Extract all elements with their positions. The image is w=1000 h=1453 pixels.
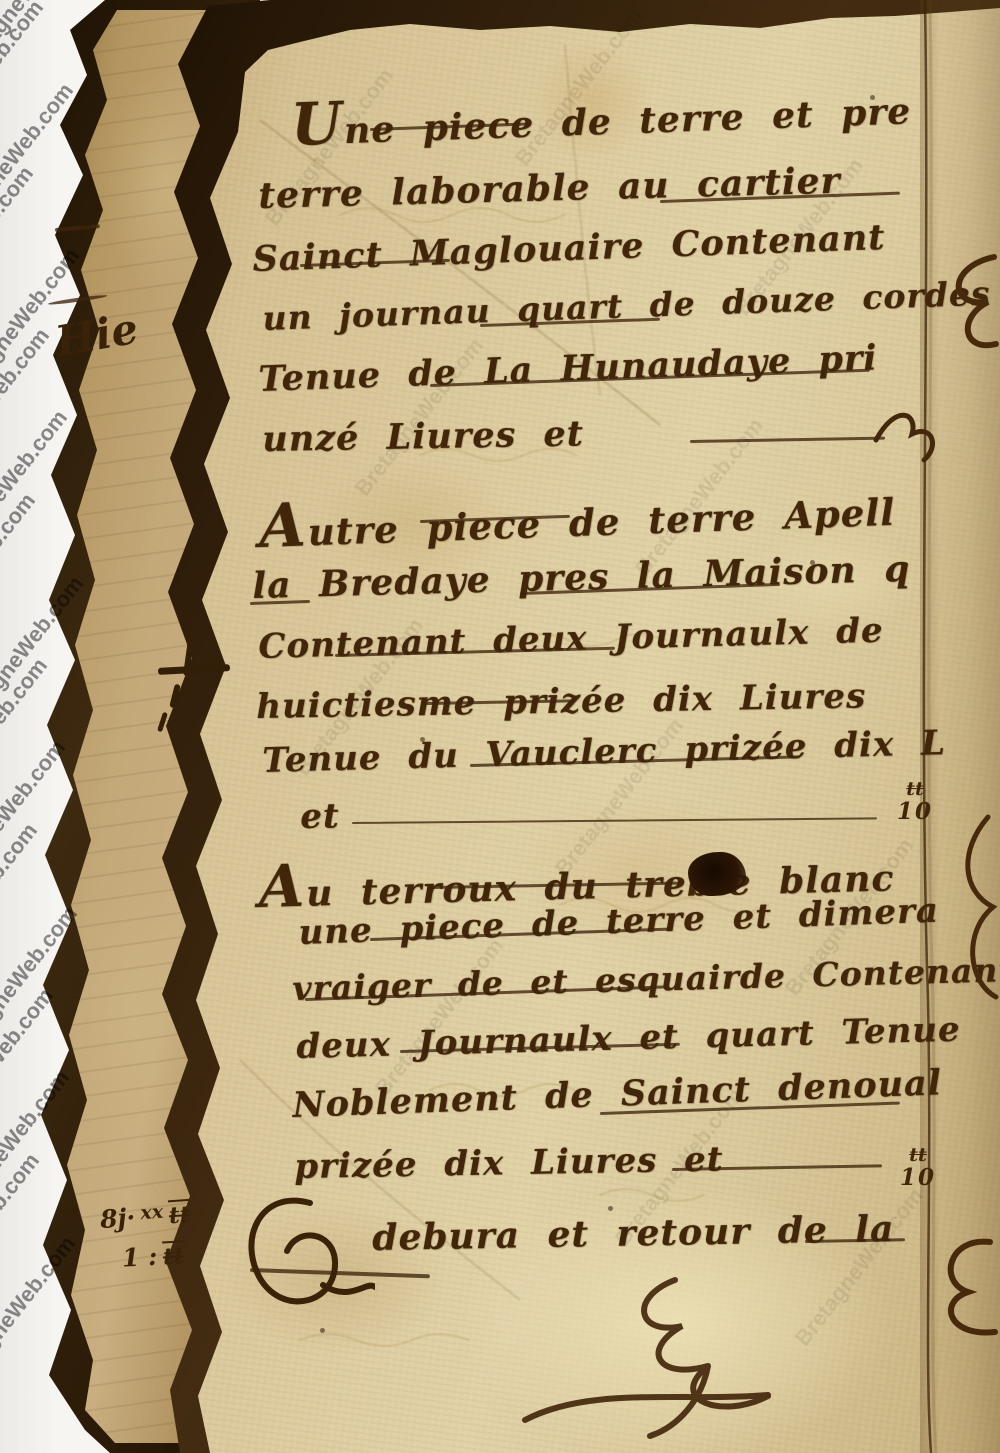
manuscript-line: prizée dix Liures et [294,1143,724,1184]
ink-blot [688,852,746,896]
manuscript-line: debura et retour de la [372,1211,895,1256]
manuscript-line: unzé Liures et [262,416,584,457]
ink-speck [320,1328,325,1333]
livre-symbol: tt [896,1146,940,1165]
circled-initial-flourish [225,1185,375,1325]
amount-value: 10 [893,799,937,824]
ink-speck [420,737,425,742]
sum-figure: 1 : [121,1242,158,1273]
amount-value: 10 [896,1165,940,1190]
manuscript-line: et [300,799,340,834]
livre-symbol: tt [168,1201,191,1229]
ink-speck [870,95,875,100]
livre-symbol: tt [893,780,937,799]
margin-sum: 1 : tt [121,1240,185,1272]
amount-livres: tt 10 [893,780,937,824]
end-curl-flourish [868,398,938,468]
ink-speck [608,1206,613,1211]
manuscript-scan: Une piece de terre et pre terre laborabl… [0,0,1000,1453]
edge-fragment-flourish [933,1232,1000,1347]
sum-figure: 8j· [99,1203,136,1234]
amount-livres: tt 10 [896,1146,940,1190]
edge-fragment-flourish [942,252,1000,367]
sum-score: xx [140,1201,164,1225]
ink-speck [810,560,815,565]
livre-symbol: tt [162,1242,185,1270]
edge-fragment-flourish [948,812,1000,1007]
notary-paraph [470,1268,800,1443]
